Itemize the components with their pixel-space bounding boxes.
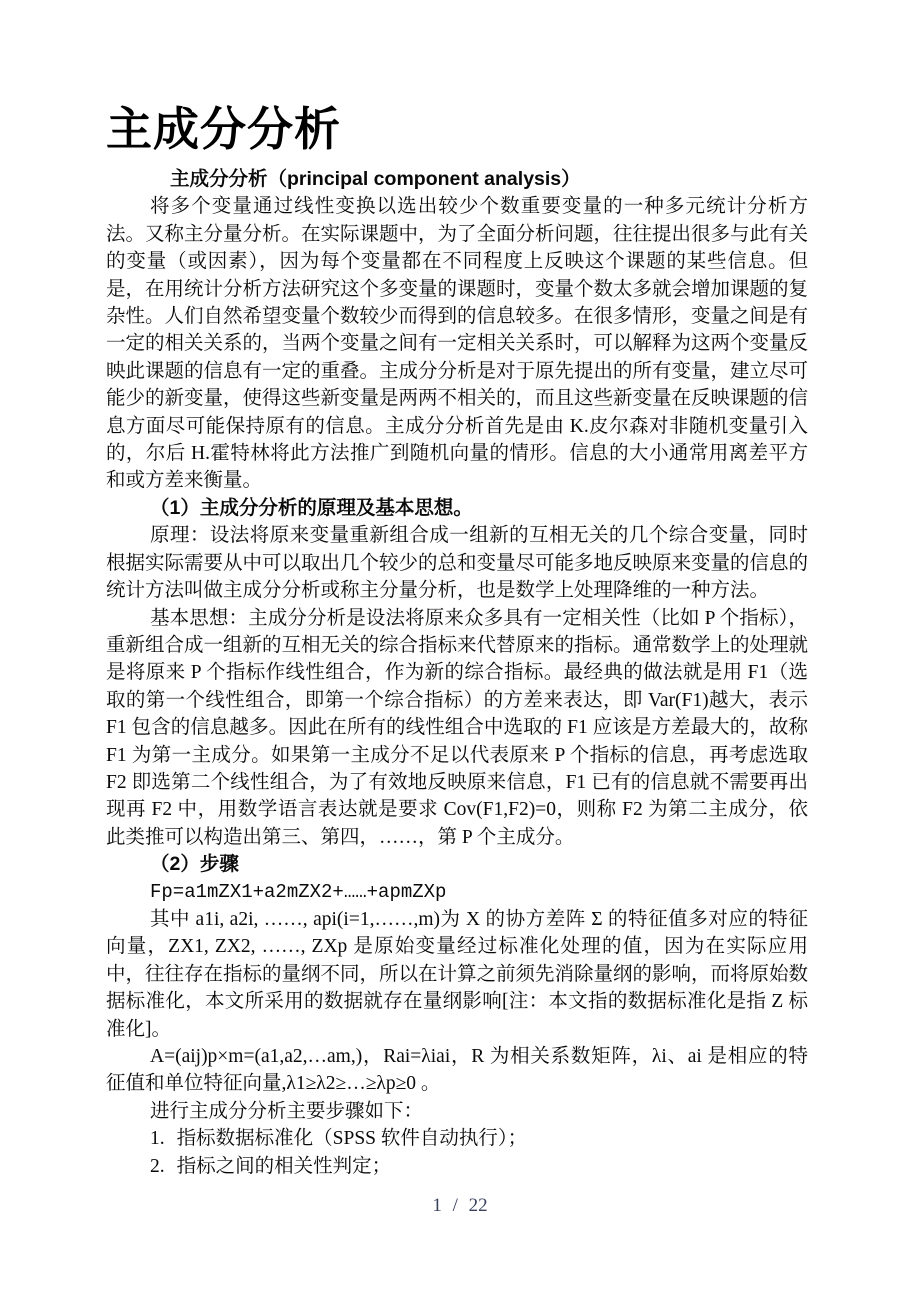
page-number: 1 / 22 (0, 1194, 920, 1218)
section-heading-steps: （2）步骤 (106, 851, 808, 878)
list-item-number: 1. (150, 1128, 165, 1149)
paragraph-overview: 将多个变量通过线性变换以选出较少个数重要变量的一种多元统计分析方法。又称主分量分… (106, 193, 808, 494)
document-page: 主成分分析 主成分分析（principal component analysis… (0, 0, 920, 1302)
formula-line: Fp=a1mZX1+a2mZX2+……+apmZXp (106, 879, 808, 906)
paragraph-steps-lead-in: 进行主成分分析主要步骤如下： (106, 1098, 808, 1125)
list-item: 1.指标数据标准化（SPSS 软件自动执行）； (106, 1125, 808, 1152)
document-content: 主成分分析 主成分分析（principal component analysis… (106, 102, 808, 1180)
section-heading-principle: （1）主成分分析的原理及基本思想。 (106, 495, 808, 522)
page-title: 主成分分析 (106, 102, 808, 156)
paragraph-matrix-notation: A=(aij)p×m=(a1,a2,…am,)，Rai=λiai，R 为相关系数… (106, 1043, 808, 1098)
paragraph-intro: 主成分分析（principal component analysis） (106, 166, 808, 193)
list-item-number: 2. (150, 1156, 165, 1177)
list-item-text: 指标数据标准化（SPSS 软件自动执行）； (177, 1128, 528, 1149)
paragraph-principle: 原理：设法将原来变量重新组合成一组新的互相无关的几个综合变量，同时根据实际需要从… (106, 522, 808, 604)
list-item-text: 指标之间的相关性判定； (177, 1156, 392, 1177)
paragraph-basic-idea: 基本思想：主成分分析是设法将原来众多具有一定相关性（比如 P 个指标），重新组合… (106, 605, 808, 852)
list-item: 2.指标之间的相关性判定； (106, 1153, 808, 1180)
document-body: 主成分分析（principal component analysis） 将多个变… (106, 166, 808, 1180)
paragraph-eigenvector-explanation: 其中 a1i, a2i, ……, api(i=1,……,m)为 X 的协方差阵 … (106, 906, 808, 1043)
